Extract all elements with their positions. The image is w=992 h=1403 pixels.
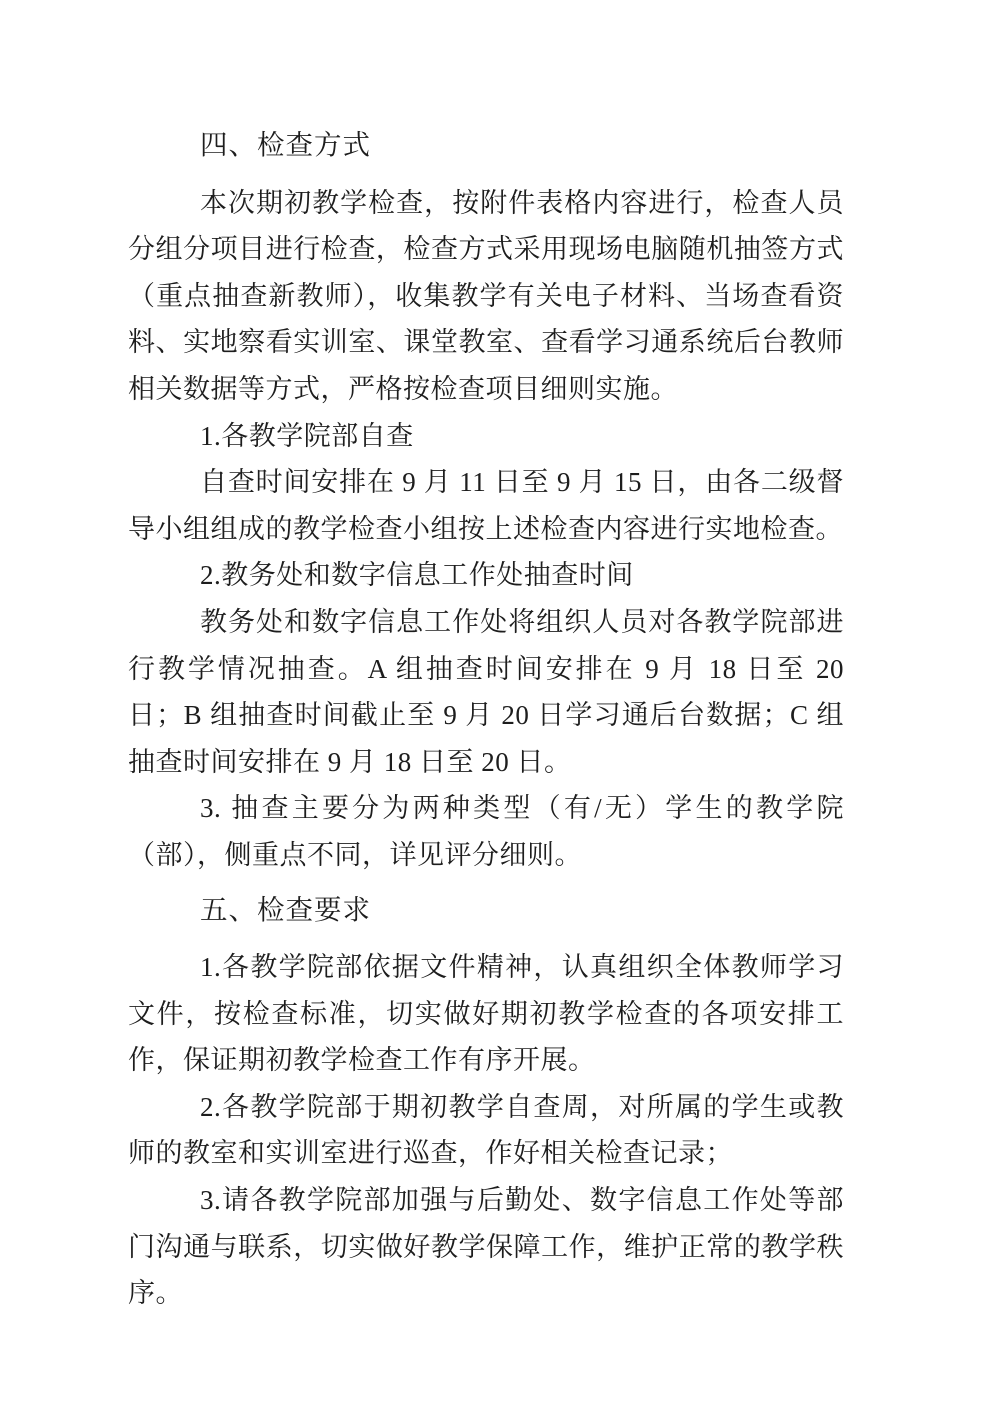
paragraph: 自查时间安排在 9 月 11 日至 9 月 15 日，由各二级督导小组组成的教学…	[128, 459, 844, 552]
paragraph: 3.请各教学院部加强与后勤处、数字信息工作处等部门沟通与联系，切实做好教学保障工…	[128, 1177, 844, 1317]
paragraph: 1.各教学院部依据文件精神，认真组织全体教师学习文件，按检查标准，切实做好期初教…	[128, 944, 844, 1084]
paragraph: 2.教务处和数字信息工作处抽查时间	[128, 552, 844, 599]
paragraph: 本次期初教学检查，按附件表格内容进行，检查人员分组分项目进行检查，检查方式采用现…	[128, 180, 844, 413]
document-page: { "page": { "background": "#ffffff", "te…	[0, 0, 992, 1403]
section-heading: 四、检查方式	[128, 122, 844, 169]
paragraph: 3. 抽查主要分为两种类型（有/无）学生的教学院（部），侧重点不同，详见评分细则…	[128, 785, 844, 878]
paragraph: 1.各教学院部自查	[128, 413, 844, 460]
paragraph: 2.各教学院部于期初教学自查周，对所属的学生或教师的教室和实训室进行巡查，作好相…	[128, 1084, 844, 1177]
paragraph: 教务处和数字信息工作处将组织人员对各教学院部进行教学情况抽查。A 组抽查时间安排…	[128, 599, 844, 785]
document-body: 四、检查方式本次期初教学检查，按附件表格内容进行，检查人员分组分项目进行检查，检…	[0, 0, 844, 1317]
section-heading: 五、检查要求	[128, 887, 844, 934]
